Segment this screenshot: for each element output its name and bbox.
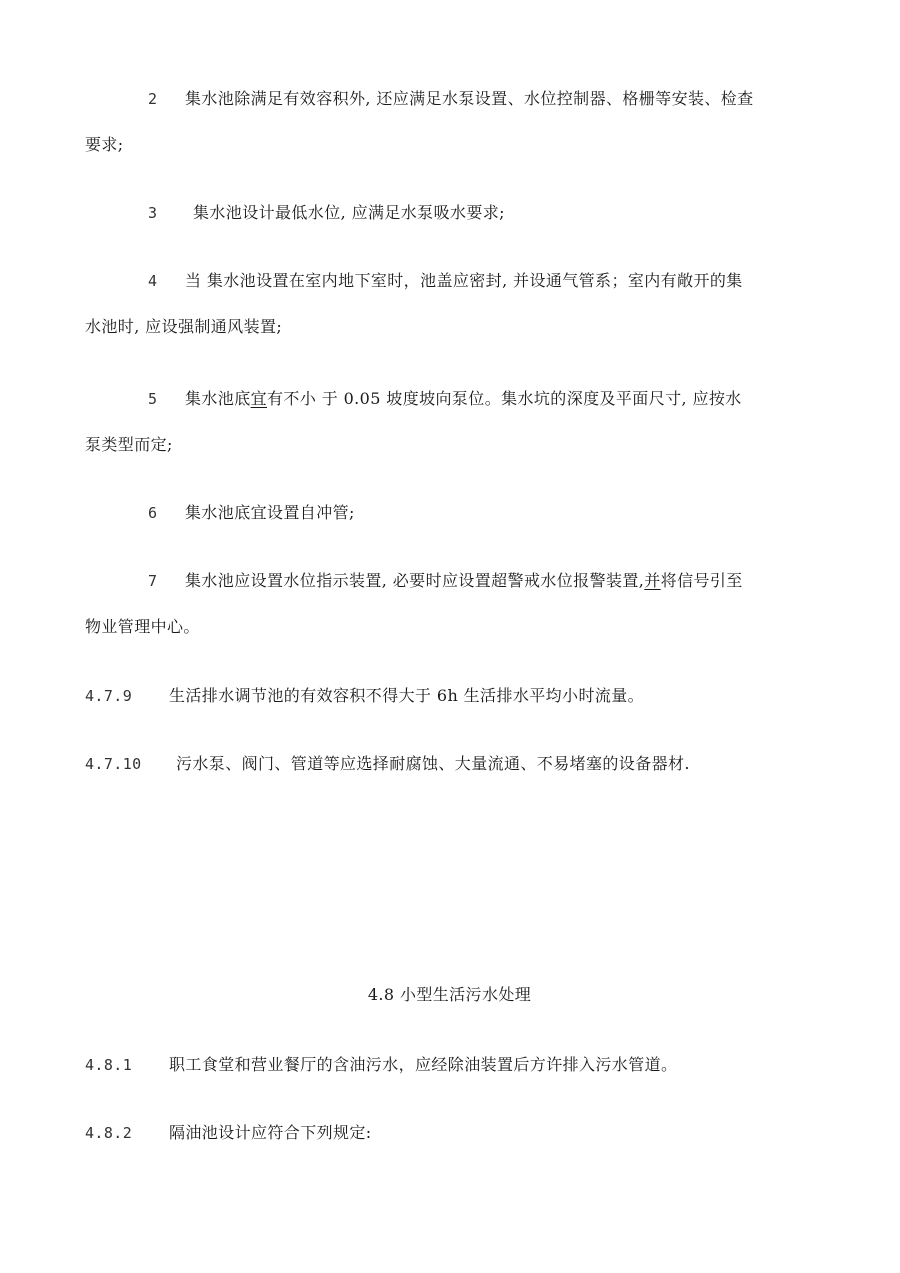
clause-number: 4.7.9 [85,686,132,706]
item-text-part: 集水池底 [185,389,251,408]
item-text: 集水池底宜设置自冲管; [185,503,355,523]
item-number: 3 [148,203,157,223]
item-text: 集水池设计最低水位, 应满足水泵吸水要求; [193,203,505,223]
section-heading: 4.8 小型生活污水处理 [273,985,626,1005]
item-text-continued: 要求; [85,135,124,155]
item-text-part: 将信号引至 [661,571,743,590]
clause-text: 污水泵、阀门、管道等应选择耐腐蚀、大量流通、不易堵塞的设备器材. [176,754,690,774]
item-text-part: 有不小 于 0.05 坡度坡向泵位。集水坑的深度及平面尺寸, 应按水 [267,389,742,408]
item-text-continued: 物业管理中心。 [85,617,200,637]
item-text-continued: 水池时, 应设强制通风装置; [85,317,282,337]
clause-number: 4.8.2 [85,1123,132,1143]
item-text: 集水池底宜有不小 于 0.05 坡度坡向泵位。集水坑的深度及平面尺寸, 应按水 [185,389,742,409]
item-number: 4 [148,271,157,291]
clause-number: 4.7.10 [85,754,142,774]
item-number: 7 [148,571,157,591]
clause-text: 隔油池设计应符合下列规定: [169,1123,372,1143]
item-number: 5 [148,389,157,409]
clause-text: 职工食堂和营业餐厅的含油污水，应经除油装置后方许排入污水管道。 [169,1055,677,1075]
item-number: 2 [148,89,157,109]
item-text: 当 集水池设置在室内地下室时，池盖应密封, 并设通气管系；室内有敞开的集 [185,271,743,291]
underlined-word: 宜 [251,389,267,408]
item-text: 集水池除满足有效容积外, 还应满足水泵设置、水位控制器、格栅等安装、检查 [185,89,754,109]
item-text-part: 集水池应设置水位指示装置, 必要时应设置超警戒水位报警装置, [185,571,644,590]
item-text: 集水池应设置水位指示装置, 必要时应设置超警戒水位报警装置,并将信号引至 [185,571,743,591]
clause-text: 生活排水调节池的有效容积不得大于 6h 生活排水平均小时流量。 [169,686,644,706]
item-text-continued: 泵类型而定; [85,435,173,455]
clause-number: 4.8.1 [85,1055,132,1075]
underlined-word: 并 [644,571,660,590]
item-number: 6 [148,503,157,523]
